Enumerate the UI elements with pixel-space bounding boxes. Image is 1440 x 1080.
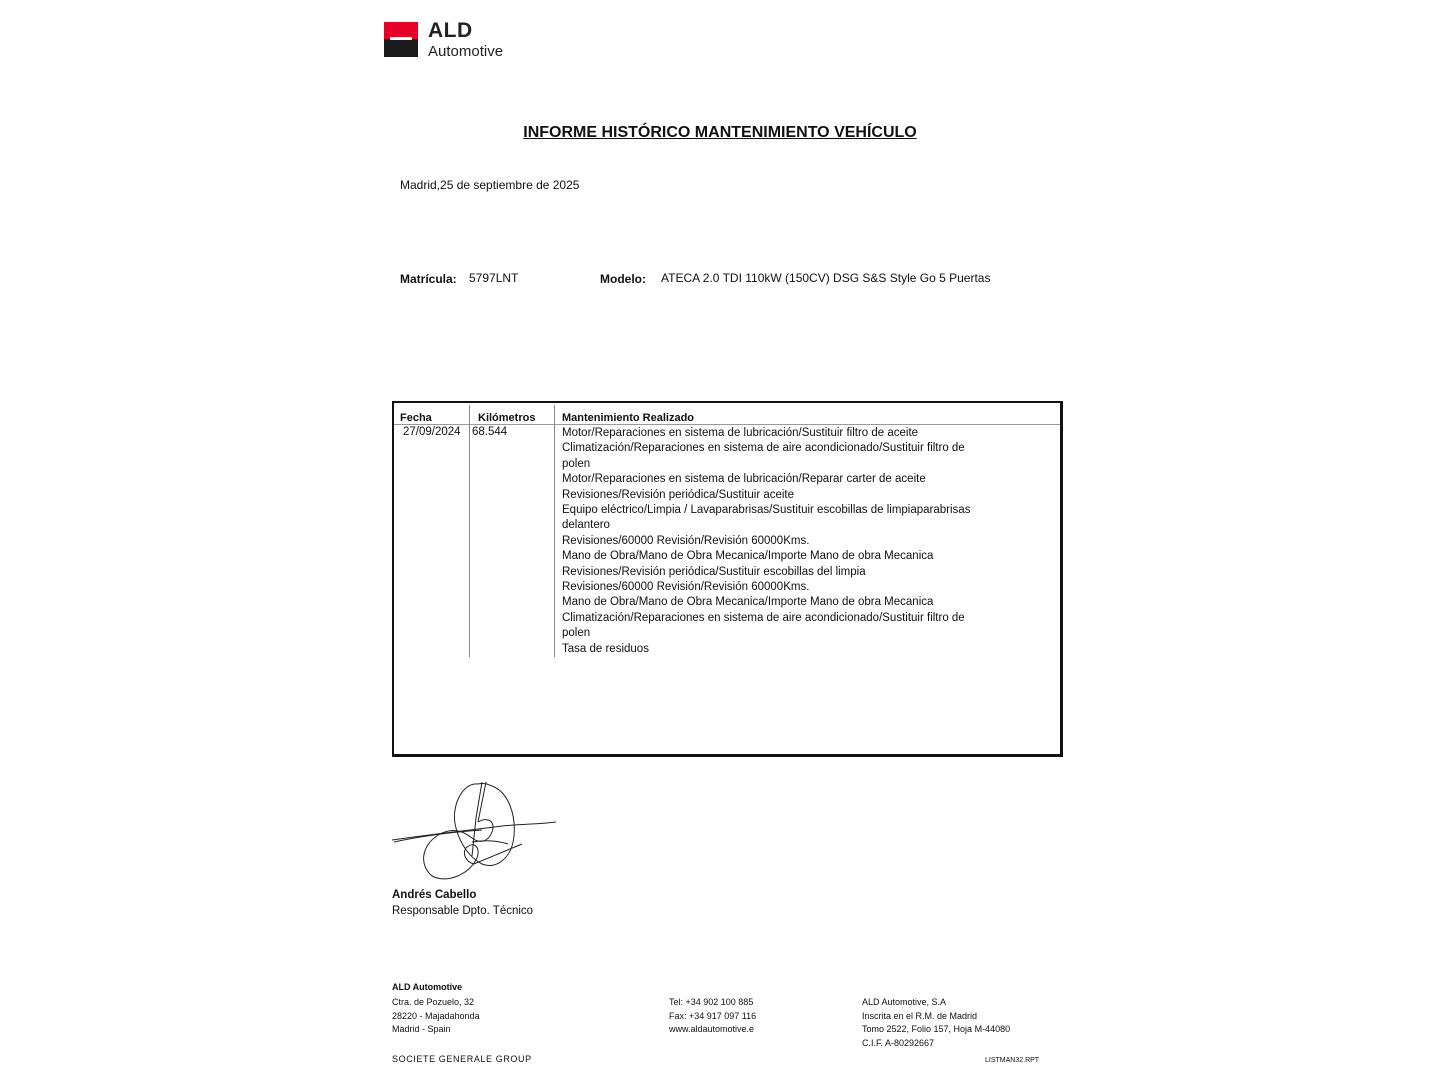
footer-registry: ALD Automotive, S.A Inscrita en el R.M. …	[862, 996, 1010, 1050]
maintenance-line: polen	[562, 626, 982, 641]
maintenance-line: Revisiones/60000 Revisión/Revisión 60000…	[562, 534, 982, 549]
address-line: Ctra. de Pozuelo, 32	[392, 996, 480, 1010]
registry-line: Inscrita en el R.M. de Madrid	[862, 1010, 1010, 1024]
model-value: ATECA 2.0 TDI 110kW (150CV) DSG S&S Styl…	[661, 271, 990, 285]
logo-text-ald: ALD	[428, 19, 473, 43]
logo-text-automotive: Automotive	[428, 43, 503, 60]
maintenance-line: polen	[562, 457, 982, 472]
registry-line: ALD Automotive, S.A	[862, 996, 1010, 1010]
footer-company: ALD Automotive	[392, 981, 462, 995]
website-link[interactable]: www.aldautomotive.e	[669, 1023, 756, 1037]
footer-contact: Tel: +34 902 100 885 Fax: +34 917 097 11…	[669, 996, 756, 1037]
registry-line: C.I.F. A-80292667	[862, 1037, 1010, 1051]
maintenance-line: Equipo eléctrico/Limpia / Lavaparabrisas…	[562, 503, 982, 518]
maintenance-line: Mano de Obra/Mano de Obra Mecanica/Impor…	[562, 595, 982, 610]
signer-name: Andrés Cabello	[392, 889, 476, 901]
place-date: Madrid,25 de septiembre de 2025	[400, 178, 579, 192]
ald-automotive-logo: ALD Automotive	[384, 22, 512, 58]
maintenance-line: Motor/Reparaciones en sistema de lubrica…	[562, 426, 982, 441]
address-line: Madrid - Spain	[392, 1023, 480, 1037]
footer-address: Ctra. de Pozuelo, 32 28220 - Majadahonda…	[392, 996, 480, 1037]
row-km: 68.544	[472, 426, 507, 438]
header-mantenimiento: Mantenimiento Realizado	[562, 412, 694, 424]
report-code: LISTMAN32.RPT	[985, 1057, 1039, 1064]
maintenance-line: delantero	[562, 518, 982, 533]
row-maintenance: Motor/Reparaciones en sistema de lubrica…	[562, 426, 982, 657]
plate-label: Matrícula:	[400, 272, 457, 286]
group-name: SOCIETE GENERALE GROUP	[392, 1054, 532, 1064]
maintenance-line: Climatización/Reparaciones en sistema de…	[562, 441, 982, 456]
plate-value: 5797LNT	[469, 271, 518, 285]
header-divider	[394, 424, 1060, 425]
maintenance-line: Tasa de residuos	[562, 642, 982, 657]
registry-line: Tomo 2522, Folio 157, Hoja M-44080	[862, 1023, 1010, 1037]
maintenance-line: Revisiones/Revisión periódica/Sustituir …	[562, 488, 982, 503]
column-divider	[554, 405, 555, 657]
maintenance-table: Fecha Kilómetros Mantenimiento Realizado…	[392, 401, 1063, 757]
header-fecha: Fecha	[400, 412, 432, 424]
maintenance-line: Motor/Reparaciones en sistema de lubrica…	[562, 472, 982, 487]
maintenance-line: Mano de Obra/Mano de Obra Mecanica/Impor…	[562, 549, 982, 564]
model-label: Modelo:	[600, 272, 646, 286]
row-date: 27/09/2024	[403, 426, 461, 438]
societe-generale-square-icon	[384, 22, 418, 57]
fax: Fax: +34 917 097 116	[669, 1010, 756, 1024]
signature-image	[392, 778, 556, 882]
document-title: INFORME HISTÓRICO MANTENIMIENTO VEHÍCULO	[0, 124, 1440, 142]
column-divider	[469, 405, 470, 657]
header-kilometros: Kilómetros	[478, 412, 535, 424]
phone: Tel: +34 902 100 885	[669, 996, 756, 1010]
signer-role: Responsable Dpto. Técnico	[392, 905, 533, 917]
address-line: 28220 - Majadahonda	[392, 1010, 480, 1024]
maintenance-line: Revisiones/60000 Revisión/Revisión 60000…	[562, 580, 982, 595]
maintenance-line: Revisiones/Revisión periódica/Sustituir …	[562, 565, 982, 580]
maintenance-line: Climatización/Reparaciones en sistema de…	[562, 611, 982, 626]
